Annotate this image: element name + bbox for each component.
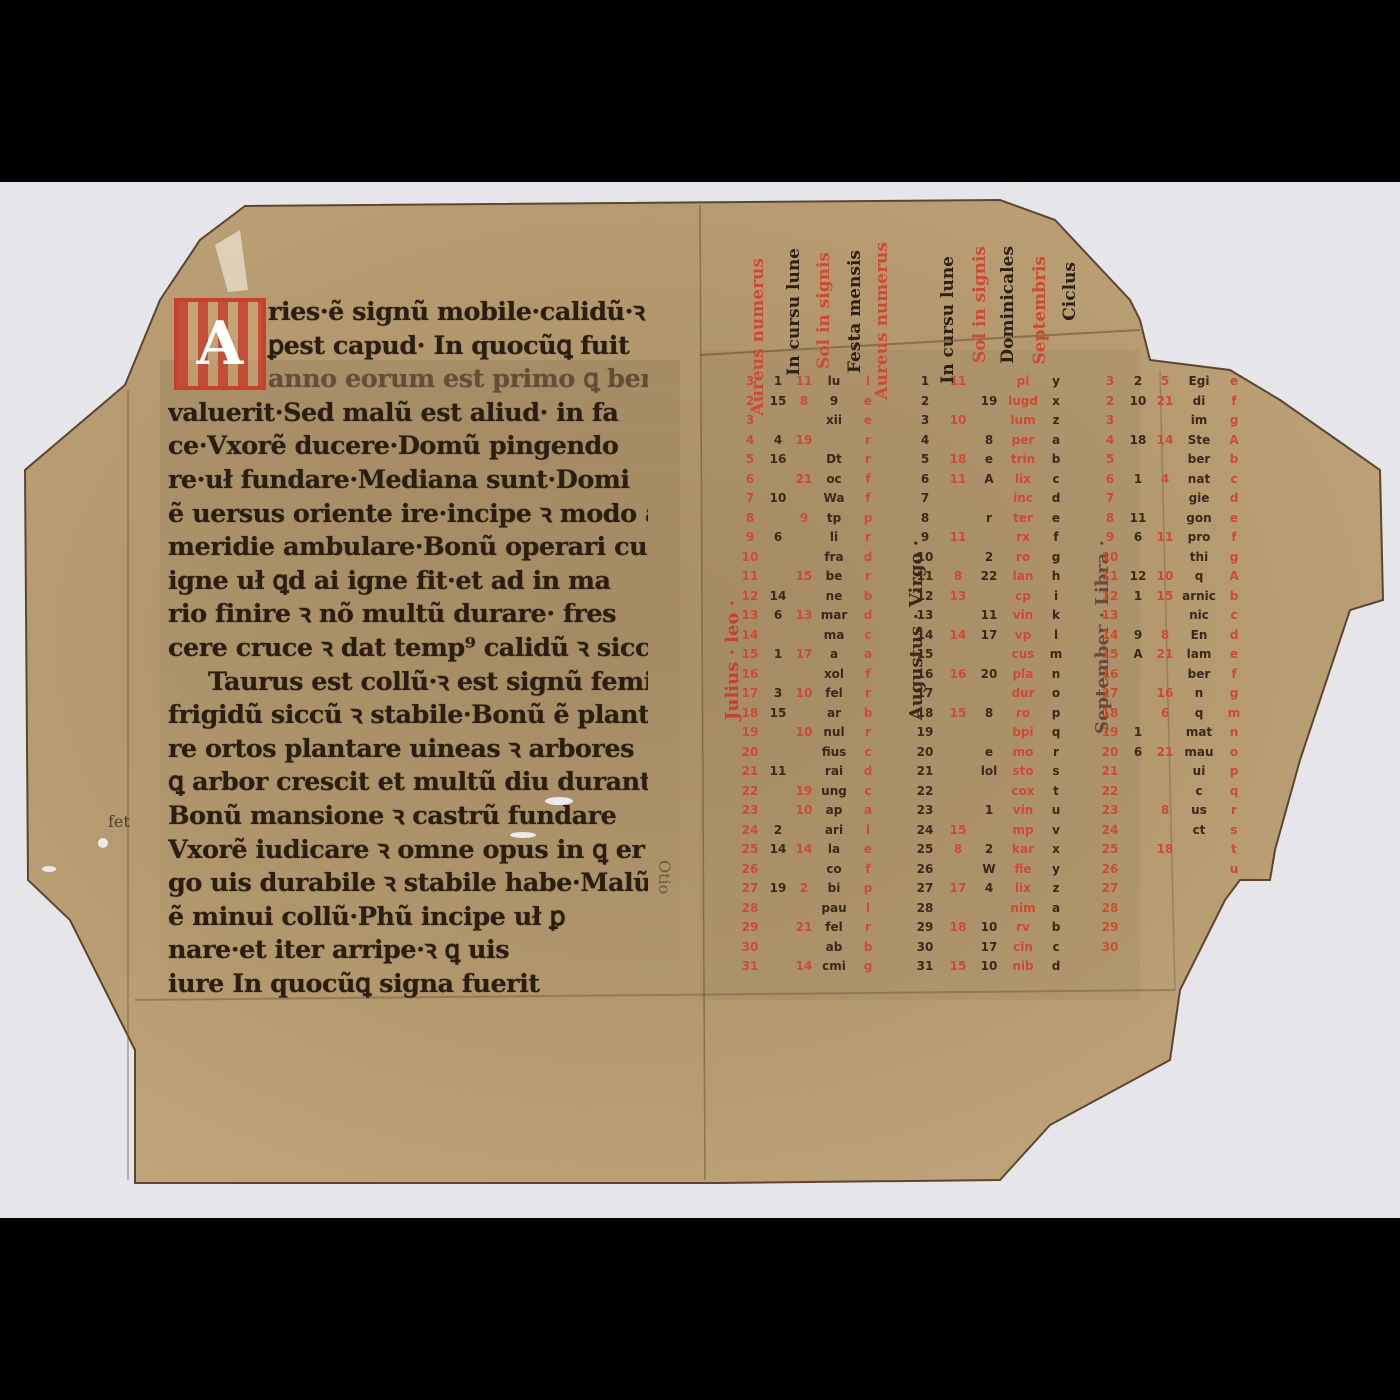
calendar-cell: u xyxy=(1052,801,1061,821)
calendar-cell: 1 xyxy=(1134,470,1142,490)
calendar-cell: 2 xyxy=(774,821,782,841)
calendar-cell: ab xyxy=(826,938,843,958)
calendar-cell: e xyxy=(864,411,872,431)
calendar-cell: i xyxy=(1054,587,1058,607)
calendar-cell: 19 xyxy=(796,431,813,451)
text-line: ꝗ arbor crescit et multũ diu durant xyxy=(168,766,648,800)
calendar-cell: 23 xyxy=(742,801,759,821)
calendar-cell: W xyxy=(982,860,995,880)
calendar-cell: t xyxy=(1231,840,1237,860)
calendar-cell: 26 xyxy=(917,860,934,880)
calendar-cell: p xyxy=(1052,704,1061,724)
calendar-cell: 11 xyxy=(917,567,934,587)
calendar-cell: 14 xyxy=(770,587,787,607)
calendar-cell: 21 xyxy=(1157,392,1174,412)
calendar-cell: c xyxy=(1052,938,1059,958)
calendar-cell: 10 xyxy=(1130,392,1147,412)
calendar-cell: s xyxy=(1230,821,1237,841)
calendar-cell: 8 xyxy=(800,392,808,412)
calendar-cell: 10 xyxy=(796,684,813,704)
calendar-cell: c xyxy=(1230,606,1237,626)
calendar-cell: x xyxy=(1052,392,1060,412)
calendar-cell: mau xyxy=(1184,743,1213,763)
calendar-cell: 12 xyxy=(1130,567,1147,587)
calendar-cell: xol xyxy=(824,665,844,685)
calendar-cell: 18 xyxy=(1157,840,1174,860)
text-line: frigidũ siccũ ꝛ stabile·Bonũ ẽ plantaꝛ xyxy=(168,699,648,733)
calendar-cell: 9 xyxy=(800,509,808,529)
calendar-cell: 26 xyxy=(742,860,759,880)
calendar-cell: c xyxy=(864,743,871,763)
calendar-cell: d xyxy=(864,548,873,568)
calendar-cell: 25 xyxy=(917,840,934,860)
calendar-cell: 6 xyxy=(1161,704,1169,724)
calendar-cell: 3 xyxy=(746,372,754,392)
calendar-cell: nim xyxy=(1010,899,1035,919)
calendar-cell: pau xyxy=(821,899,846,919)
calendar-cell: ber xyxy=(1188,450,1211,470)
calendar-cell: m xyxy=(1050,645,1063,665)
calendar-cell: 14 xyxy=(770,840,787,860)
calendar-cell: 18 xyxy=(917,704,934,724)
calendar-cell: t xyxy=(1053,782,1059,802)
calendar-cell: 11 xyxy=(950,372,967,392)
calendar-cell: lan xyxy=(1013,567,1034,587)
calendar-cell: 8 xyxy=(921,509,929,529)
calendar-cell: 21 xyxy=(742,762,759,782)
calendar-cell: ung xyxy=(821,782,847,802)
calendar-cell: 11 xyxy=(950,470,967,490)
calendar-cell: 28 xyxy=(742,899,759,919)
calendar-cell: 23 xyxy=(1102,801,1119,821)
calendar-cell: 24 xyxy=(917,821,934,841)
calendar-cell: 12 xyxy=(917,587,934,607)
calendar-cell: 2 xyxy=(985,548,993,568)
calendar-cell: 21 xyxy=(1157,743,1174,763)
calendar-header: Sol in signis xyxy=(814,252,834,369)
calendar-cell: 11 xyxy=(796,372,813,392)
calendar-cell: 19 xyxy=(796,782,813,802)
calendar-cell: y xyxy=(1052,860,1060,880)
calendar-cell: 3 xyxy=(746,411,754,431)
calendar-cell: 19 xyxy=(981,392,998,412)
calendar-cell: g xyxy=(1230,411,1239,431)
calendar-cell: 22 xyxy=(742,782,759,802)
calendar-cell: e xyxy=(985,743,993,763)
text-line: valuerit·Sed malũ est aliud· in fa xyxy=(168,397,648,431)
calendar-cell: lugd xyxy=(1008,392,1038,412)
calendar-cell: k xyxy=(1052,606,1060,626)
calendar-column: leerrffprdrbdcafrbrcdcalefplrbg xyxy=(855,372,881,1002)
calendar-cell: p xyxy=(864,879,873,899)
calendar-cell: 10 xyxy=(981,918,998,938)
calendar-cell: b xyxy=(1052,450,1061,470)
calendar-cell: b xyxy=(864,587,873,607)
calendar-cell: g xyxy=(1230,548,1239,568)
calendar-cell: e xyxy=(1052,509,1060,529)
calendar-cell: f xyxy=(1053,528,1058,548)
text-line: cere cruce ꝛ dat temp⁹ calidũ ꝛ siccum xyxy=(168,632,648,666)
calendar-cell: 19 xyxy=(770,879,787,899)
calendar-cell: bpi xyxy=(1012,723,1033,743)
calendar-cell: 11 xyxy=(770,762,787,782)
calendar-cell: sto xyxy=(1012,762,1033,782)
calendar-cell: 20 xyxy=(917,743,934,763)
calendar-cell: 8 xyxy=(1161,626,1169,646)
calendar-cell: 22 xyxy=(1102,782,1119,802)
calendar-column: 11819219151317101019101422114 xyxy=(791,372,817,1002)
calendar-cell: 16 xyxy=(1157,684,1174,704)
calendar-cell: q xyxy=(1195,567,1204,587)
calendar-header: Ciclus xyxy=(1060,262,1080,321)
calendar-cell: e xyxy=(1230,509,1238,529)
calendar-cell: 10 xyxy=(796,801,813,821)
calendar-cell: nic xyxy=(1189,606,1209,626)
calendar-cell: f xyxy=(865,665,870,685)
calendar-cell: f xyxy=(1231,392,1236,412)
calendar-cell: cp xyxy=(1015,587,1031,607)
calendar-cell: fius xyxy=(822,743,847,763)
calendar-cell: b xyxy=(1230,450,1239,470)
calendar-cell: b xyxy=(864,938,873,958)
calendar-cell: 6 xyxy=(1134,743,1142,763)
calendar-cell: 11 xyxy=(1130,509,1147,529)
calendar-cell: lix xyxy=(1015,470,1031,490)
calendar-cell: 11 xyxy=(950,528,967,548)
calendar-cell: 4 xyxy=(746,431,754,451)
calendar-cell: 25 xyxy=(742,840,759,860)
calendar-cell: mo xyxy=(1013,743,1034,763)
calendar-cell: be xyxy=(826,567,843,587)
calendar-cell: l xyxy=(1054,626,1058,646)
calendar-cell: 14 xyxy=(917,626,934,646)
calendar-cell: r xyxy=(865,431,871,451)
text-line: ce·Vxorẽ ducere·Domũ pingendo xyxy=(168,430,648,464)
calendar-cell: nat xyxy=(1188,470,1210,490)
calendar-cell: g xyxy=(1230,684,1239,704)
calendar-cell: d xyxy=(1052,957,1061,977)
text-line: re·uł fundare·Mediana sunt·Domi xyxy=(168,464,648,498)
calendar-cell: 23 xyxy=(917,801,934,821)
calendar-table: 3234567891011121314151617181920212223242… xyxy=(735,372,1249,1002)
calendar-cell: Ste xyxy=(1188,431,1211,451)
calendar-cell: 15 xyxy=(770,704,787,724)
calendar-cell: 13 xyxy=(917,606,934,626)
calendar-cell: kar xyxy=(1012,840,1034,860)
calendar-cell: 7 xyxy=(921,489,929,509)
calendar-cell: 17 xyxy=(796,645,813,665)
text-line: go uis durabile ꝛ stabile habe·Malũ xyxy=(168,867,648,901)
calendar-cell: 9 xyxy=(1106,528,1114,548)
calendar-column: pilugdlumpertrinlixincterrxrolancpvinvpc… xyxy=(1005,372,1041,1002)
calendar-cell: 6 xyxy=(746,470,754,490)
calendar-cell: 27 xyxy=(742,879,759,899)
calendar-cell: A xyxy=(1229,431,1238,451)
text-line: Bonũ mansione ꝛ castrũ fundare xyxy=(168,800,648,834)
calendar-cell: x xyxy=(1052,840,1060,860)
calendar-cell: 5 xyxy=(1106,450,1114,470)
calendar-cell: 18 xyxy=(1130,431,1147,451)
calendar-cell: 24 xyxy=(742,821,759,841)
calendar-cell: f xyxy=(865,860,870,880)
calendar-cell: 14 xyxy=(1157,431,1174,451)
calendar-cell: 12 xyxy=(1102,587,1119,607)
calendar-header: Sol in signis xyxy=(970,246,990,363)
calendar-cell: 1 xyxy=(774,372,782,392)
calendar-cell: a xyxy=(1052,899,1060,919)
calendar-cell: 9 xyxy=(830,392,838,412)
calendar-cell: 31 xyxy=(742,957,759,977)
calendar-cell: o xyxy=(1230,743,1238,763)
calendar-column: 2101811161219A16 xyxy=(1125,372,1151,1002)
calendar-cell: En xyxy=(1191,626,1208,646)
calendar-cell: b xyxy=(1052,918,1061,938)
calendar-cell: u xyxy=(1230,860,1239,880)
calendar-cell: 7 xyxy=(746,489,754,509)
calendar-cell: bi xyxy=(828,879,841,899)
calendar-cell: co xyxy=(826,860,841,880)
calendar-cell: l xyxy=(866,372,870,392)
calendar-cell: 2 xyxy=(800,879,808,899)
calendar-cell: ap xyxy=(826,801,843,821)
calendar-cell: 14 xyxy=(742,626,759,646)
calendar-cell: 9 xyxy=(1134,626,1142,646)
calendar-cell: Wa xyxy=(824,489,845,509)
calendar-cell: mp xyxy=(1012,821,1033,841)
calendar-cell: cox xyxy=(1011,782,1034,802)
calendar-cell: 28 xyxy=(917,899,934,919)
calendar-cell: vin xyxy=(1013,606,1033,626)
calendar-cell: 16 xyxy=(1102,665,1119,685)
calendar-cell: 1 xyxy=(774,645,782,665)
calendar-cell: 24 xyxy=(1102,821,1119,841)
calendar-cell: q xyxy=(1230,782,1239,802)
calendar-cell: lol xyxy=(981,762,997,782)
calendar-cell: 4 xyxy=(985,879,993,899)
calendar-cell: 2 xyxy=(1106,392,1114,412)
calendar-cell: 18 xyxy=(742,704,759,724)
calendar-cell: d xyxy=(1230,489,1239,509)
calendar-cell: thi xyxy=(1190,548,1208,568)
calendar-cell: 17 xyxy=(950,879,967,899)
astrological-text-column: ries·ẽ signũ mobile·calidũ·ꝛ ꝑest capud·… xyxy=(168,296,648,1001)
calendar-cell: ar xyxy=(827,704,841,724)
calendar-cell: r xyxy=(986,509,992,529)
calendar-column: 1110181111813141615158171815 xyxy=(943,372,973,1002)
calendar-cell: 20 xyxy=(742,743,759,763)
calendar-header: Festa mensis xyxy=(845,250,865,373)
calendar-cell: l xyxy=(866,899,870,919)
text-line: meridie ambulare·Bonũ operari cum xyxy=(168,531,648,565)
calendar-cell: tp xyxy=(827,509,841,529)
calendar-cell: 15 xyxy=(796,567,813,587)
calendar-cell: r xyxy=(1053,743,1059,763)
calendar-cell: ro xyxy=(1016,704,1030,724)
calendar-cell: c xyxy=(864,782,871,802)
calendar-column: yxzabcdefghiklmnopqrstuvxyzabcd xyxy=(1041,372,1071,1002)
calendar-cell: p xyxy=(864,509,873,529)
text-line: ẽ uersus oriente ire·incipe ꝛ modo ad xyxy=(168,498,648,532)
calendar-cell: 11 xyxy=(1102,567,1119,587)
calendar-header: In cursu lune xyxy=(784,248,804,376)
calendar-cell: 2 xyxy=(921,392,929,412)
calendar-cell: 14 xyxy=(796,840,813,860)
calendar-cell: nul xyxy=(823,723,844,743)
calendar-cell: A xyxy=(1133,645,1142,665)
text-line: anno eorum est primo ꝗ bene xyxy=(168,363,648,397)
calendar-cell: e xyxy=(864,840,872,860)
calendar-cell: lum xyxy=(1010,411,1035,431)
calendar-cell: 8 xyxy=(954,840,962,860)
calendar-cell: d xyxy=(1052,489,1061,509)
calendar-cell: r xyxy=(865,684,871,704)
calendar-cell: oc xyxy=(826,470,841,490)
text-line: rio finire ꝛ nõ multũ durare· fres xyxy=(168,598,648,632)
calendar-cell: 16 xyxy=(917,665,934,685)
calendar-cell: gie xyxy=(1189,489,1210,509)
calendar-cell: 29 xyxy=(917,918,934,938)
calendar-cell: 18 xyxy=(1102,704,1119,724)
calendar-cell: fel xyxy=(825,918,842,938)
text-line: Vxorẽ iudicare ꝛ omne opus in ꝗ er xyxy=(168,834,648,868)
calendar-cell: trin xyxy=(1011,450,1035,470)
calendar-cell: 20 xyxy=(1102,743,1119,763)
text-line: Taurus est collũ·ꝛ est signũ femini xyxy=(168,666,648,700)
calendar-cell: pro xyxy=(1188,528,1211,548)
calendar-cell: ter xyxy=(1013,509,1033,529)
calendar-cell: h xyxy=(1052,567,1061,587)
calendar-cell: e xyxy=(864,392,872,412)
calendar-cell: 11 xyxy=(742,567,759,587)
calendar-cell: 17 xyxy=(742,684,759,704)
calendar-column: 198eAr2221117208elol12W4101710 xyxy=(973,372,1005,1002)
calendar-cell: 2 xyxy=(985,840,993,860)
calendar-cell: 14 xyxy=(950,626,967,646)
calendar-cell: c xyxy=(1195,782,1202,802)
calendar-cell: 27 xyxy=(1102,879,1119,899)
calendar-cell: 14 xyxy=(1102,626,1119,646)
calendar-cell: lu xyxy=(828,372,841,392)
calendar-cell: 19 xyxy=(917,723,934,743)
calendar-cell: 15 xyxy=(950,957,967,977)
margin-note: fet xyxy=(108,812,130,831)
calendar-cell: 11 xyxy=(1157,528,1174,548)
calendar-cell: 16 xyxy=(742,665,759,685)
calendar-cell: rv xyxy=(1016,918,1030,938)
calendar-cell: 8 xyxy=(985,704,993,724)
calendar-cell: c xyxy=(1052,470,1059,490)
calendar-cell: vin xyxy=(1013,801,1033,821)
hole xyxy=(98,838,108,848)
calendar-cell: f xyxy=(865,489,870,509)
calendar-cell: 10 xyxy=(917,548,934,568)
calendar-cell: inc xyxy=(1013,489,1033,509)
calendar-cell: 26 xyxy=(1102,860,1119,880)
calendar-cell: 10 xyxy=(770,489,787,509)
calendar-cell: o xyxy=(1052,684,1060,704)
calendar-cell: 1 xyxy=(921,372,929,392)
calendar-cell: 30 xyxy=(742,938,759,958)
calendar-cell: r xyxy=(865,723,871,743)
calendar-cell: 17 xyxy=(981,938,998,958)
calendar-cell: 2 xyxy=(746,392,754,412)
calendar-cell: ro xyxy=(1016,548,1030,568)
calendar-cell: 1 xyxy=(1134,723,1142,743)
calendar-cell: cus xyxy=(1012,645,1035,665)
text-line: ꝑest capud· In quocũꝗ fuit xyxy=(168,330,648,364)
calendar-cell: ma xyxy=(824,626,845,646)
calendar-cell: 8 xyxy=(1161,801,1169,821)
calendar-cell: 5 xyxy=(1161,372,1169,392)
calendar-cell: 15 xyxy=(1102,645,1119,665)
calendar-cell: 21 xyxy=(796,918,813,938)
calendar-cell: gon xyxy=(1186,509,1211,529)
calendar-cell: 4 xyxy=(1106,431,1114,451)
calendar-cell: 16 xyxy=(950,665,967,685)
calendar-cell: n xyxy=(1230,723,1239,743)
calendar-cell: 7 xyxy=(1106,489,1114,509)
calendar-cell: 4 xyxy=(921,431,929,451)
calendar-cell: ber xyxy=(1188,665,1211,685)
calendar-cell: 10 xyxy=(742,548,759,568)
calendar-cell: y xyxy=(1052,372,1060,392)
calendar-cell: pla xyxy=(1013,665,1034,685)
calendar-cell: rai xyxy=(825,762,843,782)
calendar-cell: ari xyxy=(825,821,843,841)
calendar-cell: d xyxy=(864,762,873,782)
text-line: iure In quocũꝗ signa fuerit xyxy=(168,968,648,1002)
calendar-cell: cin xyxy=(1013,938,1033,958)
calendar-cell: 15 xyxy=(950,821,967,841)
calendar-cell: 29 xyxy=(1102,918,1119,938)
calendar-cell: z xyxy=(1053,411,1060,431)
text-line: ries·ẽ signũ mobile·calidũ·ꝛ xyxy=(168,296,648,330)
calendar-cell: 19 xyxy=(1102,723,1119,743)
calendar-cell: g xyxy=(864,957,873,977)
calendar-cell: 17 xyxy=(917,684,934,704)
calendar-cell: f xyxy=(1231,528,1236,548)
calendar-cell: 3 xyxy=(921,411,929,431)
calendar-cell: li xyxy=(830,528,838,548)
calendar-cell: 13 xyxy=(1102,606,1119,626)
calendar-cell: 4 xyxy=(1161,470,1169,490)
calendar-cell: b xyxy=(1230,587,1239,607)
calendar-cell: 30 xyxy=(917,938,934,958)
calendar-cell: dur xyxy=(1011,684,1034,704)
hole xyxy=(42,866,56,872)
calendar-cell: 21 xyxy=(796,470,813,490)
calendar-cell: 21 xyxy=(917,762,934,782)
calendar-cell: 16 xyxy=(770,450,787,470)
calendar-column: 3234567891011121314151617181920212223242… xyxy=(1095,372,1125,1002)
calendar-cell: b xyxy=(864,704,873,724)
calendar-cell: v xyxy=(1052,821,1060,841)
calendar-cell: r xyxy=(865,567,871,587)
calendar-cell: 15 xyxy=(1157,587,1174,607)
calendar-cell: r xyxy=(865,450,871,470)
calendar-cell: lix xyxy=(1015,879,1031,899)
calendar-cell: e xyxy=(1230,372,1238,392)
calendar-cell: 29 xyxy=(742,918,759,938)
calendar-cell: r xyxy=(865,918,871,938)
calendar-cell: 8 xyxy=(746,509,754,529)
calendar-cell: n xyxy=(1052,665,1061,685)
calendar-cell: d xyxy=(1230,626,1239,646)
calendar-cell: ct xyxy=(1193,821,1206,841)
calendar-cell: 13 xyxy=(742,606,759,626)
calendar-cell: q xyxy=(1052,723,1061,743)
calendar-cell: rx xyxy=(1016,528,1030,548)
